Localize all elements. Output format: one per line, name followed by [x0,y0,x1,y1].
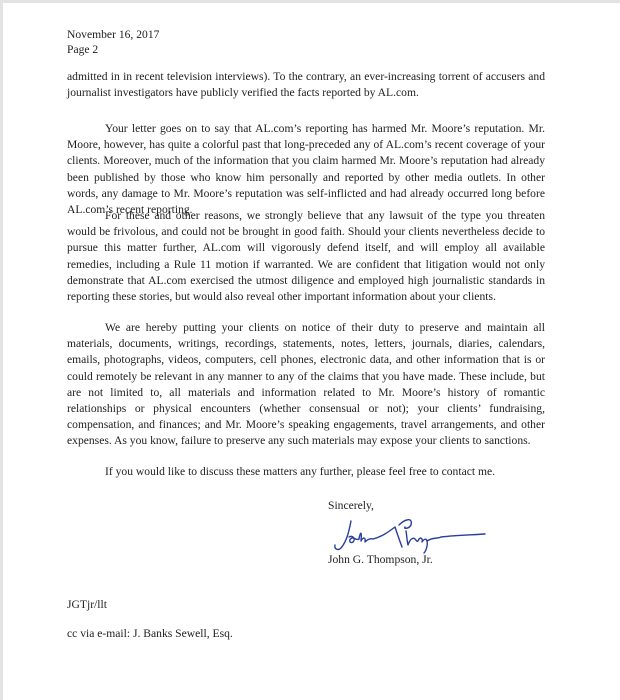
page-left-edge [0,0,3,700]
signer-name: John G. Thompson, Jr. [328,552,433,568]
signature-icon [329,515,489,555]
letter-date: November 16, 2017 [67,27,159,42]
paragraph-continued: admitted in in recent television intervi… [67,69,545,101]
page-number: Page 2 [67,42,159,57]
cc-line: cc via e-mail: J. Banks Sewell, Esq. [67,626,233,642]
paragraph-lawsuit: For these and other reasons, we strongly… [67,208,545,305]
page-top-edge [0,0,620,3]
typist-initials: JGTjr/llt [67,597,107,613]
paragraph-preservation-notice: We are hereby putting your clients on no… [67,320,545,450]
letter-header: November 16, 2017 Page 2 [67,27,159,57]
closing-salutation: Sincerely, [328,498,374,514]
paragraph-reputation: Your letter goes on to say that AL.com’s… [67,121,545,218]
paragraph-contact: If you would like to discuss these matte… [67,464,545,480]
